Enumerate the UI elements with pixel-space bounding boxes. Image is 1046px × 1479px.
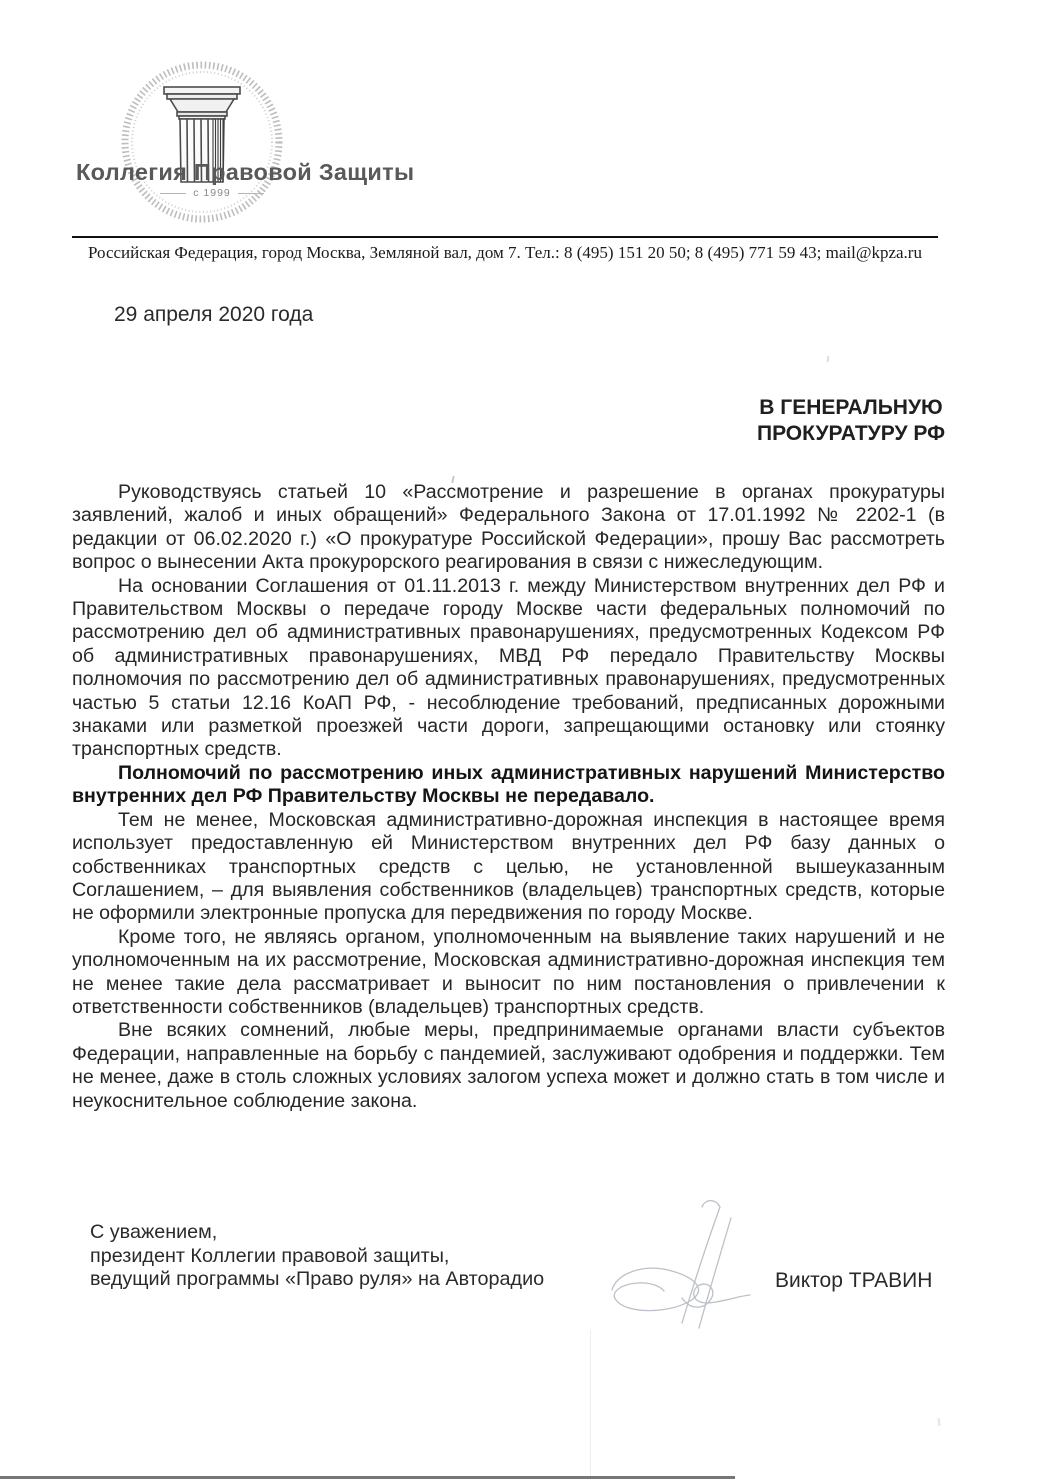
handwritten-signature-icon bbox=[598, 1190, 763, 1338]
paragraph: Кроме того, не являясь органом, уполномо… bbox=[72, 926, 945, 1020]
letter-body: Руководствуясь статьей 10 «Рассмотрение … bbox=[72, 481, 945, 1113]
paragraph: Руководствуясь статьей 10 «Рассмотрение … bbox=[72, 481, 945, 575]
contact-line: Российская Федерация, город Москва, Земл… bbox=[72, 243, 938, 263]
recipient-line-2: ПРОКУРАТУРУ РФ bbox=[752, 421, 950, 447]
since-label: с 1999 bbox=[193, 187, 231, 199]
letterhead-logo: Коллегия Правовой Защиты с 1999 bbox=[70, 55, 355, 230]
doric-column-in-stippled-circle-icon bbox=[120, 60, 285, 225]
dash-decoration bbox=[238, 193, 264, 194]
paragraph: Тем не менее, Московская административно… bbox=[72, 809, 945, 926]
paragraph: Вне всяких сомнений, любые меры, предпри… bbox=[72, 1019, 945, 1113]
scan-crease bbox=[590, 1330, 591, 1479]
recipient-block: В ГЕНЕРАЛЬНУЮ ПРОКУРАТУРУ РФ bbox=[752, 395, 950, 446]
org-name: Коллегия Правовой Защиты bbox=[76, 159, 348, 186]
date-line: 29 апреля 2020 года bbox=[114, 303, 313, 327]
scan-speck bbox=[938, 1418, 941, 1426]
closing-line-3: ведущий программы «Право руля» на Автора… bbox=[90, 1268, 544, 1292]
recipient-line-1: В ГЕНЕРАЛЬНУЮ bbox=[752, 395, 950, 421]
closing-block: С уважением, президент Коллегии правовой… bbox=[90, 1221, 544, 1292]
letterhead-rule bbox=[72, 236, 938, 238]
signatory-name: Виктор ТРАВИН bbox=[775, 1269, 932, 1293]
paragraph: На основании Соглашения от 01.11.2013 г.… bbox=[72, 575, 945, 762]
closing-line-2: президент Коллегии правовой защиты, bbox=[90, 1245, 544, 1269]
org-since: с 1999 bbox=[76, 187, 348, 199]
scan-speck bbox=[827, 356, 830, 362]
scanned-letter-page: Коллегия Правовой Защиты с 1999 Российск… bbox=[0, 0, 1046, 1479]
paragraph-emphasized: Полномочий по рассмотрению иных админист… bbox=[72, 762, 945, 809]
closing-line-1: С уважением, bbox=[90, 1221, 544, 1245]
dash-decoration bbox=[160, 193, 186, 194]
